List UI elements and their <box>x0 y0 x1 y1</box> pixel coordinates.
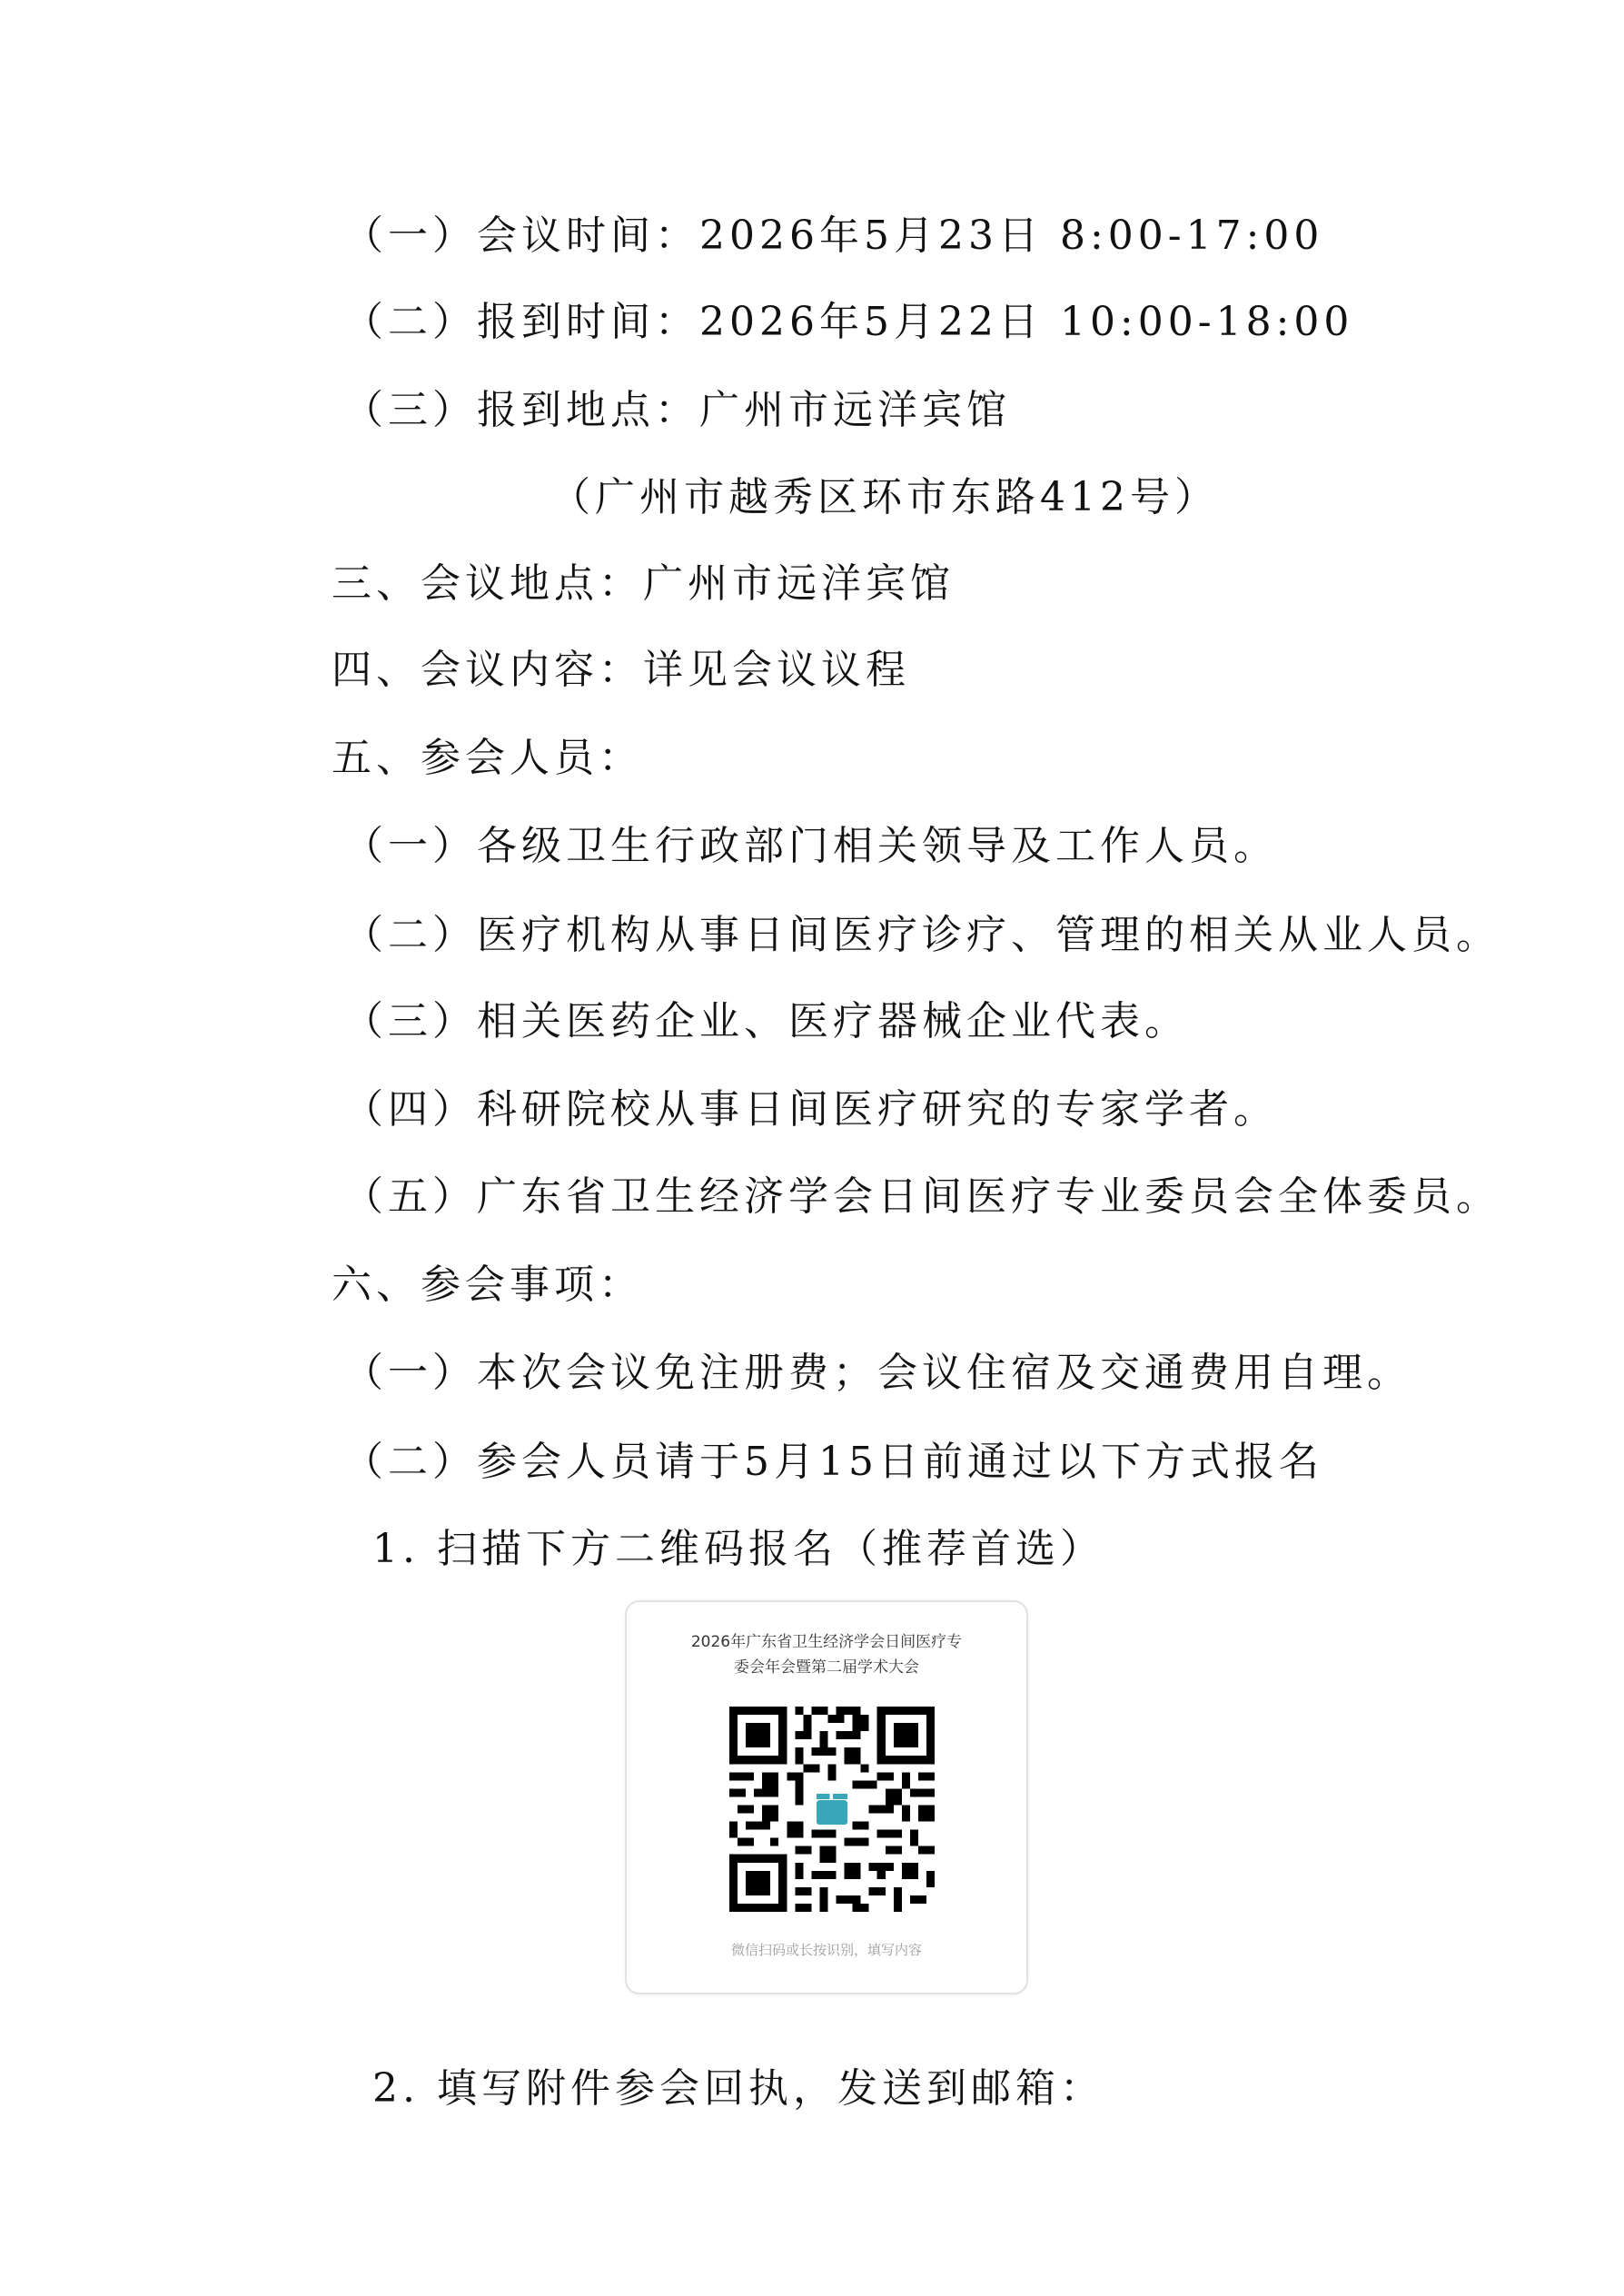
qr-title-line: 委会年会暨第二届学术大会 <box>627 1655 1026 1680</box>
section-matters: 六、参会事项： <box>332 1260 643 1311</box>
section-attendees: 五、参会人员： <box>332 733 643 784</box>
registration-method-qr: 1. 扫描下方二维码报名（推荐首选） <box>372 1524 1104 1575</box>
section-content: 四、会议内容：详见会议议程 <box>332 645 910 696</box>
registration-method-email: 2. 填写附件参会回执，发送到邮箱： <box>372 2063 1104 2114</box>
meeting-time: （一）会议时间：2026年5月23日 8:00-17:00 <box>343 211 1323 262</box>
attendee-item: （一）各级卫生行政部门相关领导及工作人员。 <box>343 821 1278 872</box>
attendee-item: （三）相关医药企业、医疗器械企业代表。 <box>343 996 1189 1047</box>
attendee-item: （五）广东省卫生经济学会日间医疗专业委员会全体委员。 <box>343 1172 1500 1222</box>
qr-card-title: 2026年广东省卫生经济学会日间医疗专 委会年会暨第二届学术大会 <box>627 1629 1026 1680</box>
attendee-item: （四）科研院校从事日间医疗研究的专家学者。 <box>343 1084 1278 1135</box>
checkin-address: （广州市越秀区环市东路412号） <box>550 472 1219 523</box>
qr-code-icon[interactable] <box>714 1707 950 1912</box>
qr-title-line: 2026年广东省卫生经济学会日间医疗专 <box>627 1629 1026 1655</box>
attendee-item: （二）医疗机构从事日间医疗诊疗、管理的相关从业人员。 <box>343 910 1500 961</box>
qr-card-caption: 微信扫码或长按识别，填写内容 <box>627 1940 1026 1959</box>
section-venue: 三、会议地点：广州市远洋宾馆 <box>332 559 955 609</box>
checkin-time: （二）报到时间：2026年5月22日 10:00-18:00 <box>343 297 1353 348</box>
qr-registration-card[interactable]: 2026年广东省卫生经济学会日间医疗专 委会年会暨第二届学术大会 <box>625 1600 1028 1994</box>
checkin-place: （三）报到地点：广州市远洋宾馆 <box>343 385 1011 436</box>
matter-item: （二）参会人员请于5月15日前通过以下方式报名 <box>343 1437 1323 1488</box>
matter-item: （一）本次会议免注册费；会议住宿及交通费用自理。 <box>343 1348 1411 1399</box>
